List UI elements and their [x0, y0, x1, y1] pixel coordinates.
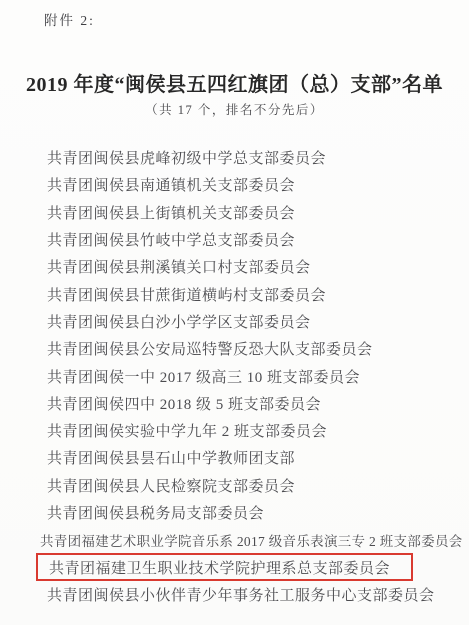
list-item: 共青团闽侯县小伙伴青少年事务社工服务中心支部委员会 — [47, 581, 435, 608]
list-item: 共青团闽侯县虎峰初级中学总支部委员会 — [47, 144, 326, 171]
list-item: 共青团闽侯县税务局支部委员会 — [47, 499, 264, 526]
list-item-highlighted: 共青团福建卫生职业技术学院护理系总支部委员会 — [36, 553, 413, 580]
list-item: 共青团闽侯县南通镇机关支部委员会 — [47, 171, 295, 198]
list-item: 共青团闽侯县上街镇机关支部委员会 — [47, 199, 295, 226]
branch-list: 共青团闽侯县虎峰初级中学总支部委员会共青团闽侯县南通镇机关支部委员会共青团闽侯县… — [47, 144, 465, 608]
document-page: 附件 2: 2019 年度“闽侯县五四红旗团（总）支部”名单 （共 17 个，排… — [0, 0, 469, 625]
list-item: 共青团闽侯县荆溪镇关口村支部委员会 — [47, 253, 311, 280]
list-item: 共青团闽侯县甘蔗街道横屿村支部委员会 — [47, 280, 326, 307]
page-title: 2019 年度“闽侯县五四红旗团（总）支部”名单 — [0, 68, 469, 97]
list-item: 共青团闽侯实验中学九年 2 班支部委员会 — [47, 417, 327, 444]
list-item: 共青团闽侯县昙石山中学教师团支部 — [47, 444, 295, 471]
attachment-label: 附件 2: — [44, 9, 95, 29]
list-item: 共青团闽侯县公安局巡特警反恐大队支部委员会 — [47, 335, 373, 362]
list-item: 共青团闽侯一中 2017 级高三 10 班支部委员会 — [47, 362, 360, 389]
list-item: 共青团闽侯县白沙小学学区支部委员会 — [47, 308, 311, 335]
list-item: 共青团闽侯县竹岐中学总支部委员会 — [47, 226, 295, 253]
list-item: 共青团福建艺术职业学院音乐系 2017 级音乐表演三专 2 班支部委员会 — [40, 526, 463, 553]
page-subtitle: （共 17 个，排名不分先后） — [0, 100, 469, 118]
list-item: 共青团闽侯四中 2018 级 5 班支部委员会 — [47, 390, 321, 417]
list-item: 共青团闽侯县人民检察院支部委员会 — [47, 472, 295, 499]
